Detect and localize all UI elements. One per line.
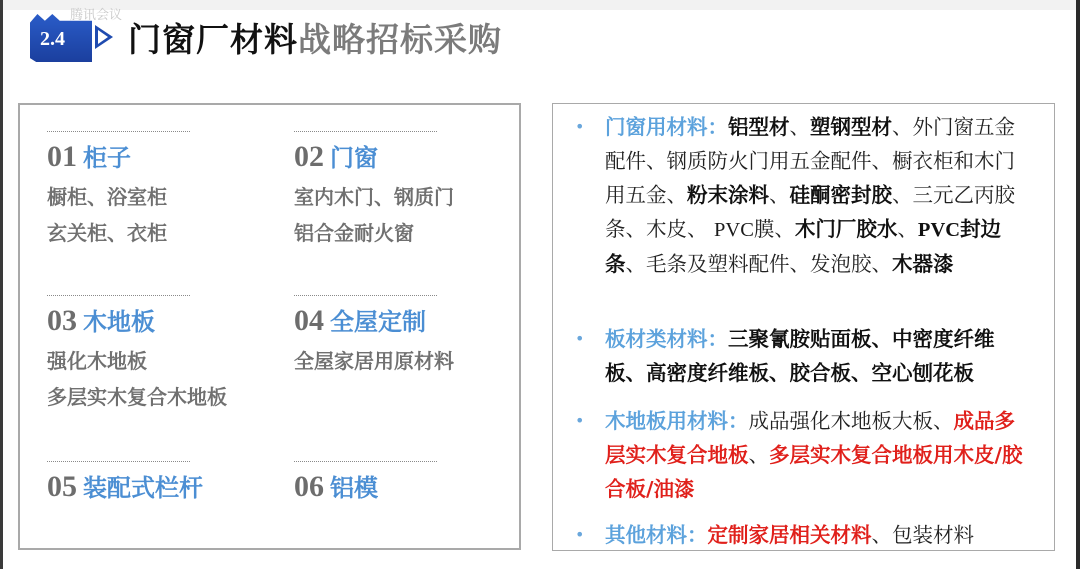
top-band [0,0,1080,10]
bullet-dot-icon: • [575,110,584,144]
material-text-segment: 硅酮密封胶 [790,183,893,207]
material-text-segment: PVC [918,219,960,241]
material-label: 其他材料： [605,523,708,547]
category-name: 装配式栏杆 [83,474,203,502]
dotted-divider [47,131,190,132]
materials-panel: • 门窗用材料：铝型材、塑钢型材、外门窗五金配件、钢质防火门用五金配件、橱衣柜和… [552,103,1055,551]
category-desc-line: 强化木地板 [47,345,287,378]
category-number: 01 [47,140,77,173]
bullet-text: 其他材料：定制家居相关材料、包装材料 [605,518,1035,552]
bullet-dot-icon: • [575,518,584,552]
material-text-segment: 成品强化木地板大板、 [749,409,954,433]
category-name: 柜子 [83,144,131,172]
bullet-dot-icon: • [575,322,584,356]
material-text-segment: PVC [714,219,754,241]
window-left-edge [0,0,3,569]
category-desc-line: 橱柜、浴室柜 [47,181,287,214]
category-desc-line: 多层实木复合木地板 [47,381,287,414]
material-text-segment: 、 [769,183,790,207]
dotted-divider [47,295,190,296]
dotted-divider [294,295,437,296]
material-text-segment: 、毛条及塑料配件、发泡胶、 [626,252,893,276]
material-bullet: • 其他材料：定制家居相关材料、包装材料 [575,518,1035,552]
material-bullet: • 板材类材料：三聚氰胺贴面板、中密度纤维板、高密度纤维板、胶合板、空心刨花板 [575,322,1035,390]
play-arrow-icon [95,25,113,49]
bullet-dot-icon: • [575,404,584,438]
category-desc-line: 全屋家居用原材料 [294,345,534,378]
material-text-segment: 定制家居相关材料 [708,523,872,547]
title-dark-part: 门窗厂材料 [128,20,298,59]
dotted-divider [294,461,437,462]
category-item: 06铝模 [294,461,534,508]
category-name: 全屋定制 [330,308,426,336]
category-number: 04 [294,304,324,337]
material-label: 板材类材料： [605,327,728,351]
category-panel: 01柜子 橱柜、浴室柜 玄关柜、衣柜 02门窗 室内木门、钢质门 铝合金耐火窗 … [18,103,521,550]
material-text-segment: 粉末涂料 [687,183,769,207]
material-bullet: • 门窗用材料：铝型材、塑钢型材、外门窗五金配件、钢质防火门用五金配件、橱衣柜和… [575,110,1035,281]
material-text-segment: 塑钢型材 [810,115,892,139]
category-number: 03 [47,304,77,337]
title-grey-part: 战略招标采购 [298,20,502,59]
material-text-segment: 、包装材料 [872,523,975,547]
material-text-segment: 膜、 [754,217,795,241]
category-number: 02 [294,140,324,173]
category-item: 02门窗 室内木门、钢质门 铝合金耐火窗 [294,131,534,250]
category-number: 05 [47,470,77,503]
bullet-text: 木地板用材料：成品强化木地板大板、成品多层实木复合地板、多层实木复合地板用木皮/… [605,404,1035,506]
category-name: 木地板 [83,308,155,336]
dotted-divider [47,461,190,462]
dotted-divider [294,131,437,132]
material-text-segment: 铝型材 [728,115,790,139]
section-number: 2.4 [40,28,65,51]
bullet-text: 门窗用材料：铝型材、塑钢型材、外门窗五金配件、钢质防火门用五金配件、橱衣柜和木门… [605,110,1035,281]
category-desc-line: 室内木门、钢质门 [294,181,534,214]
category-item: 04全屋定制 全屋家居用原材料 [294,295,534,378]
material-label: 门窗用材料： [605,115,728,139]
category-name: 铝模 [330,474,378,502]
category-name: 门窗 [330,144,378,172]
material-text-segment: 木器漆 [892,252,954,276]
category-desc-line: 玄关柜、衣柜 [47,217,287,250]
category-desc-line: 铝合金耐火窗 [294,217,534,250]
material-text-segment: 、 [897,217,918,241]
category-item: 05装配式栏杆 [47,461,287,508]
material-label: 木地板用材料： [605,409,749,433]
meeting-watermark: 腾讯会议 [70,4,122,23]
bullet-text: 板材类材料：三聚氰胺贴面板、中密度纤维板、高密度纤维板、胶合板、空心刨花板 [605,322,1035,390]
category-number: 06 [294,470,324,503]
category-item: 03木地板 强化木地板 多层实木复合木地板 [47,295,287,414]
window-right-edge [1076,0,1080,569]
category-item: 01柜子 橱柜、浴室柜 玄关柜、衣柜 [47,131,287,250]
material-bullet: • 木地板用材料：成品强化木地板大板、成品多层实木复合地板、多层实木复合地板用木… [575,404,1035,506]
material-text-segment: 、 [790,115,811,139]
material-text-segment: 木门厂胶水 [795,217,898,241]
material-text-segment: 、 [749,443,770,467]
slide-title: 门窗厂材料战略招标采购 [128,14,502,61]
